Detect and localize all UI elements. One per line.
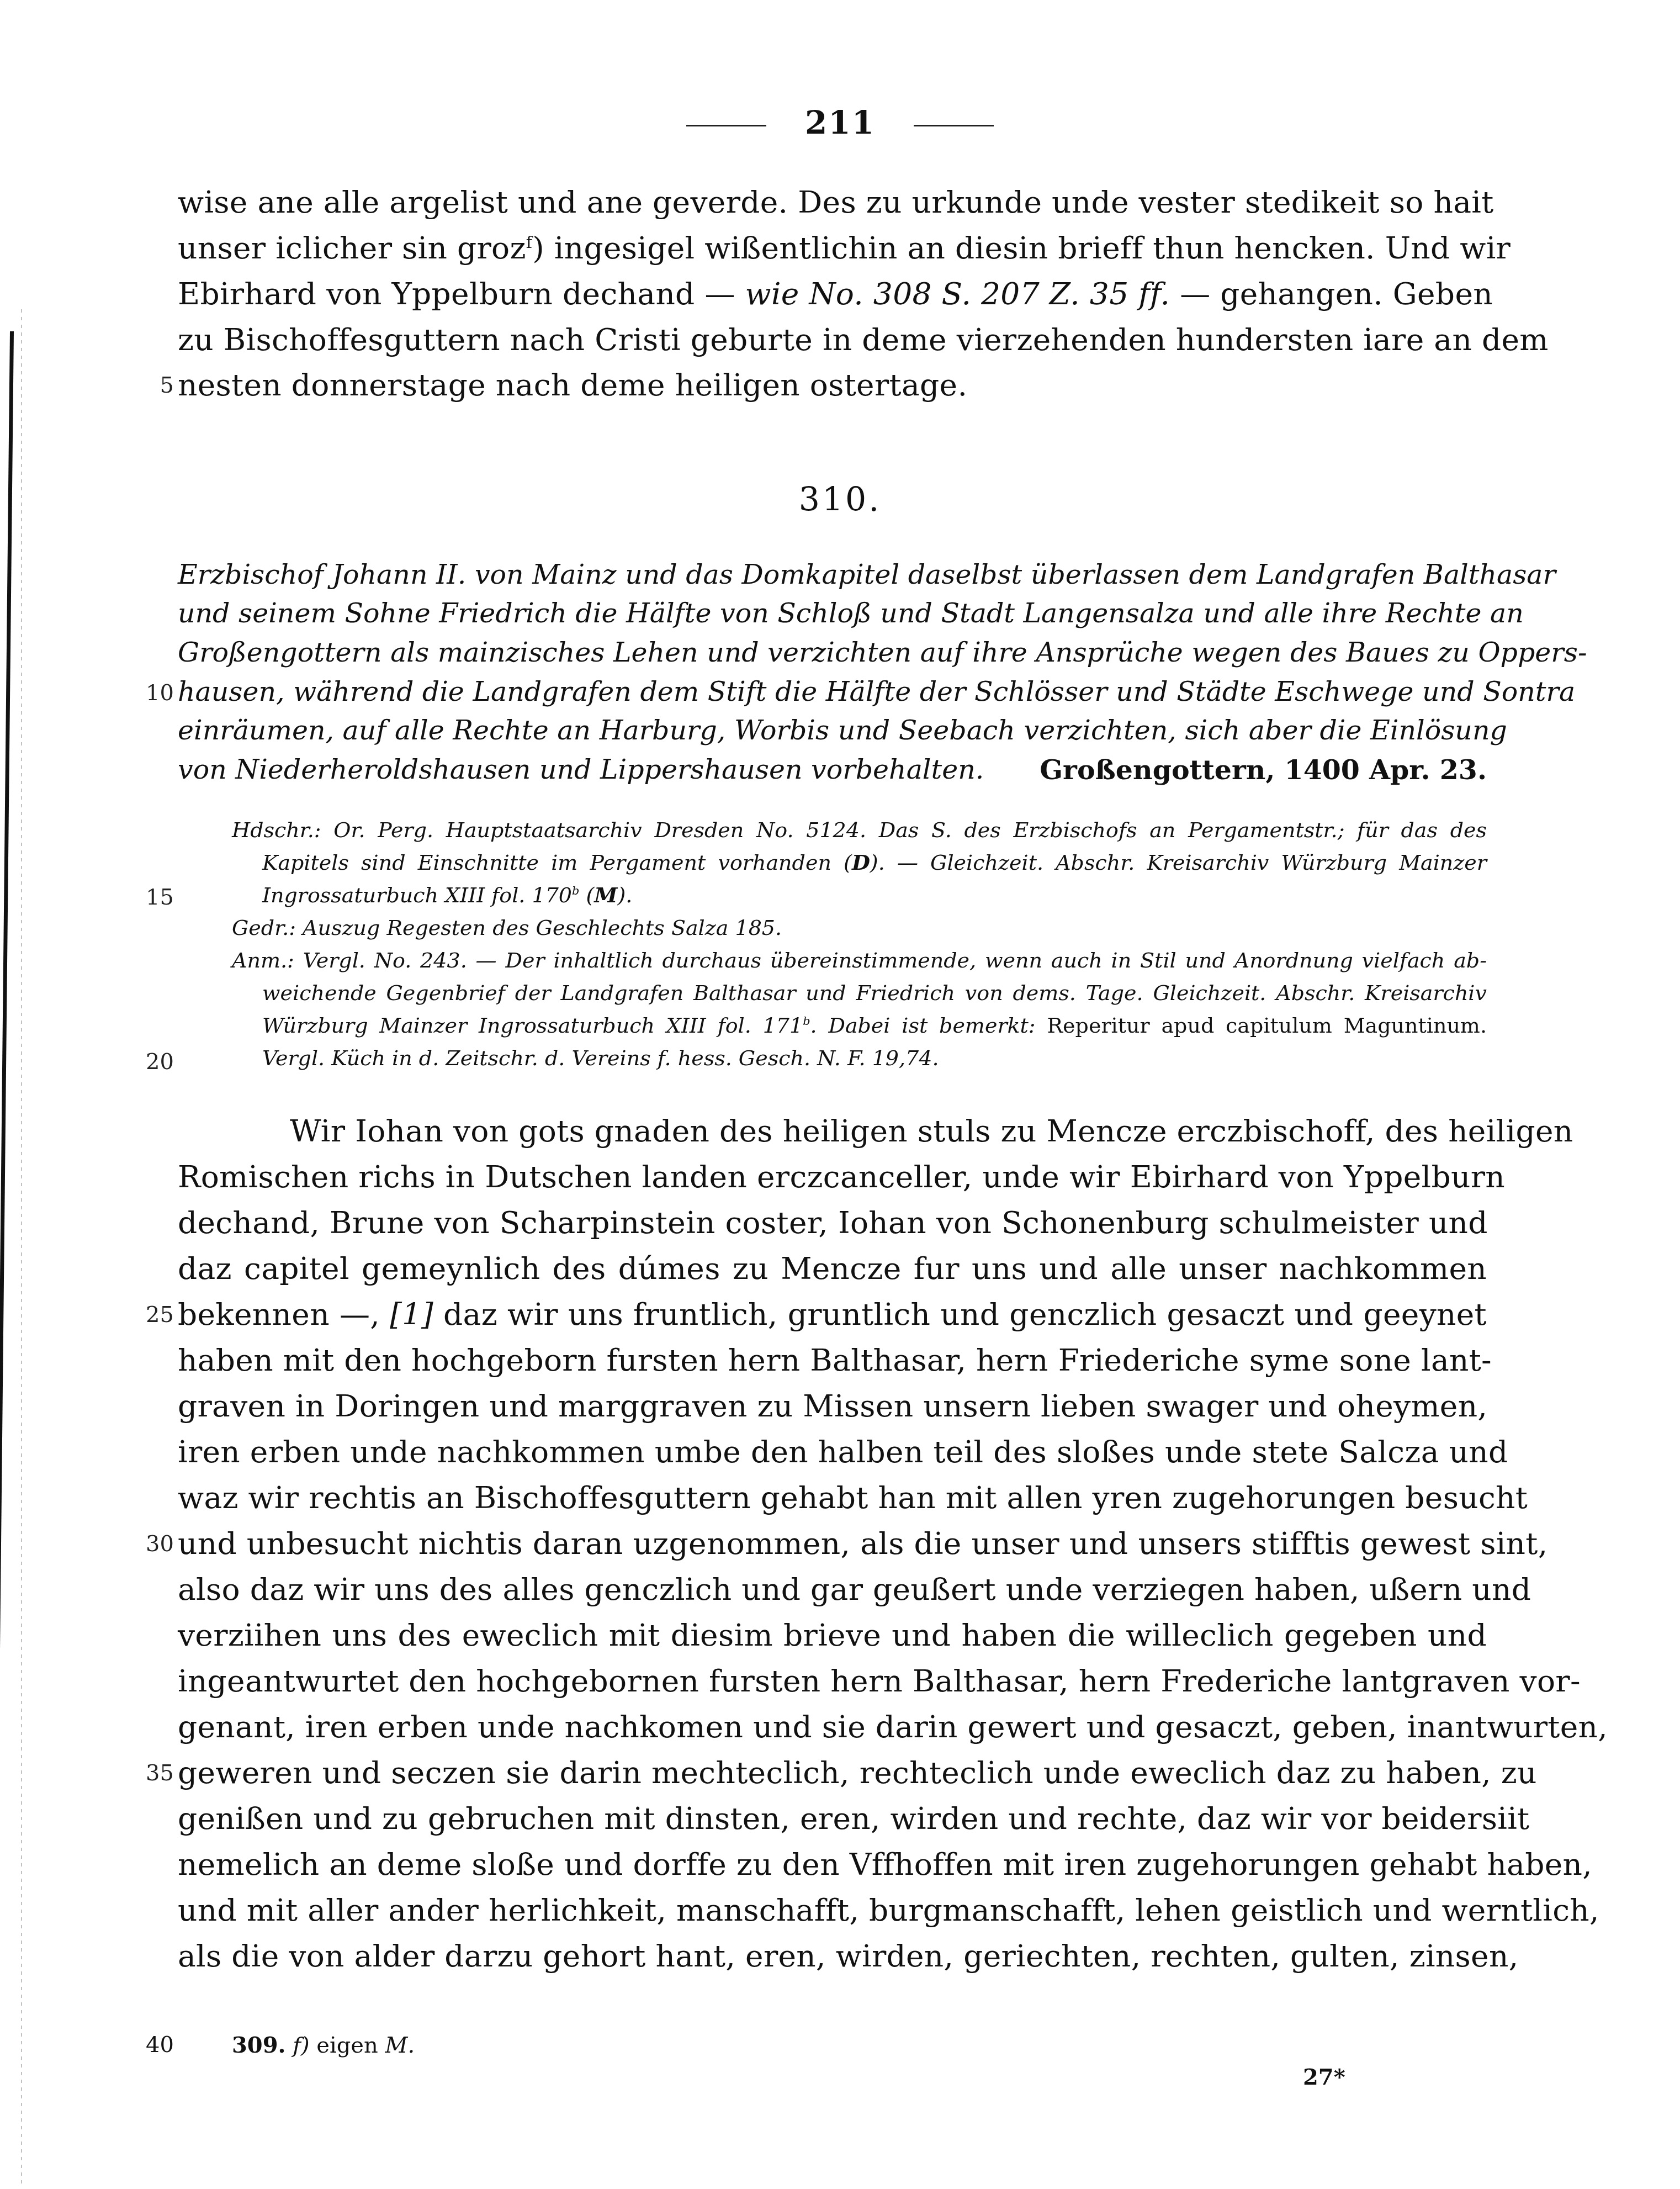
line-number: 20 (135, 1049, 174, 1075)
text-line: Romischen richs in Dutschen landen erczc… (178, 1157, 1487, 1197)
siglum: D (852, 850, 870, 875)
line-number: 10 (135, 680, 174, 706)
text-line: daz capitel gemeynlich des dúmes zu Menc… (178, 1249, 1487, 1288)
text-line: haben mit den hochgeborn fursten hern Ba… (178, 1340, 1487, 1380)
note-text: . Dabei ist bemerkt: (810, 1013, 1047, 1038)
dash: — (695, 276, 745, 311)
note-line: Würzburg Mainzer Ingrossaturbuch XIII fo… (262, 1011, 1487, 1040)
text-line: genant, iren erben unde nachkomen und si… (178, 1707, 1487, 1747)
page-header: 211 (0, 104, 1680, 141)
text-line: ingeantwurtet den hochgebornen fursten h… (178, 1661, 1487, 1701)
line-number: 15 (135, 885, 174, 910)
note-line: Ingrossaturbuch XIII fol. 170b (M). (262, 880, 1487, 910)
text-fragment: gehangen. Geben (1220, 276, 1493, 311)
footnote-doc-number: 309. (232, 2032, 285, 2058)
text-line: Ebirhard von Yppelburn dechand — wie No.… (178, 274, 1487, 314)
text-line: nesten donnerstage nach deme heiligen os… (178, 365, 1487, 405)
regest-line: Erzbischof Johann II. von Mainz und das … (178, 557, 1487, 593)
header-rule-left (686, 125, 766, 126)
scan-edge-shadow (0, 331, 14, 2189)
footnote-mark: f (526, 233, 533, 252)
text-line: und unbesucht nichtis daran uzgenommen, … (178, 1524, 1487, 1563)
text-line: graven in Doringen und marggraven zu Mis… (178, 1386, 1487, 1426)
text-line: geweren und seczen sie darin mechteclich… (178, 1753, 1487, 1793)
text-line: als die von alder darzu gehort hant, ere… (178, 1936, 1487, 1976)
note-text: ). — Gleichzeit. Abschr. Kreisarchiv Wür… (870, 850, 1487, 875)
text-fragment: unser iclicher sin groz (178, 230, 526, 266)
regest-line: hausen, während die Landgrafen dem Stift… (178, 674, 1487, 710)
note-line: Anm.: Vergl. No. 243. — Der inhaltlich d… (232, 945, 1487, 975)
signature-mark: 27* (1303, 2064, 1345, 2090)
line-number: 30 (135, 1531, 174, 1557)
dash: — (1170, 276, 1220, 311)
text-line: zu Bischoffesguttern nach Cristi geburte… (178, 320, 1487, 359)
note-text: Ingrossaturbuch XIII fol. 170 (262, 883, 572, 907)
note-label: Hdschr.: (232, 818, 321, 842)
section-marker: [1] (390, 1297, 433, 1332)
regest-line: Großengottern als mainzisches Lehen und … (178, 635, 1487, 671)
note-line: Gedr.: Auszug Regesten des Geschlechts S… (232, 913, 1487, 943)
text-fragment: bekennen —, (178, 1297, 380, 1332)
text-line: wise ane alle argelist und ane geverde. … (178, 182, 1487, 222)
footnote-text: eigen (310, 2033, 385, 2058)
text-line: unser iclicher sin grozf) ingesigel wiße… (178, 228, 1487, 268)
note-text: Würzburg Mainzer Ingrossaturbuch XIII fo… (262, 1013, 803, 1038)
footnote: 309. f) eigen M. (232, 2032, 415, 2058)
document-number: 310. (0, 480, 1680, 519)
text-fragment: daz wir uns fruntlich, gruntlich und gen… (433, 1297, 1487, 1332)
line-number: 40 (135, 2032, 174, 2058)
line-number: 5 (135, 373, 174, 398)
page-number: 211 (805, 104, 875, 141)
note-text: Or. Perg. Hauptstaatsarchiv Dresden No. … (321, 818, 1487, 842)
text-line: dechand, Brune von Scharpinstein coster,… (178, 1203, 1487, 1242)
superscript: b (803, 1014, 810, 1028)
cross-reference: wie No. 308 S. 207 Z. 35 ff. (745, 276, 1170, 311)
text-line: bekennen —, [1] daz wir uns fruntlich, g… (178, 1294, 1487, 1334)
text-line: und mit aller ander herlichkeit, manscha… (178, 1890, 1487, 1930)
text-line: also daz wir uns des alles genczlich und… (178, 1569, 1487, 1609)
note-line: Hdschr.: Or. Perg. Hauptstaatsarchiv Dre… (232, 815, 1487, 845)
line-number: 35 (135, 1760, 174, 1786)
text-line: verziihen uns des eweclich mit diesim br… (178, 1615, 1487, 1655)
text-fragment: Ebirhard von Yppelburn dechand (178, 276, 695, 311)
text-line: iren erben unde nachkommen umbe den halb… (178, 1432, 1487, 1472)
header-rule-right (914, 125, 994, 126)
text-line: genißen und zu gebruchen mit dinsten, er… (178, 1799, 1487, 1838)
superscript: b (572, 884, 579, 897)
text-fragment: ) ingesigel wißentlichin an diesin brief… (532, 230, 1511, 266)
place-date: Großengottern, 1400 Apr. 23. (1040, 752, 1487, 788)
text-line: Wir Iohan von gots gnaden des heiligen s… (290, 1111, 1487, 1151)
note-line: weichende Gegenbrief der Landgrafen Balt… (262, 978, 1487, 1008)
siglum: M (594, 882, 617, 907)
quotation: Reperitur apud capitulum Maguntinum. (1047, 1013, 1487, 1038)
note-text: Kapitels sind Einschnitte im Pergament v… (262, 850, 852, 875)
note-line: Vergl. Küch in d. Zeitschr. d. Vereins f… (262, 1043, 1487, 1073)
text-line: nemelich an deme sloße und dorffe zu den… (178, 1844, 1487, 1884)
regest-line: einräumen, auf alle Rechte an Harburg, W… (178, 712, 1487, 749)
siglum: M. (385, 2033, 415, 2058)
scan-edge-dots (21, 309, 22, 2187)
footnote-mark: f) (293, 2033, 309, 2058)
line-number: 25 (135, 1302, 174, 1328)
note-line: Kapitels sind Einschnitte im Pergament v… (262, 848, 1487, 877)
text-line: waz wir rechtis an Bischoffesguttern geh… (178, 1478, 1487, 1518)
regest-line: und seinem Sohne Friedrich die Hälfte vo… (178, 595, 1487, 632)
